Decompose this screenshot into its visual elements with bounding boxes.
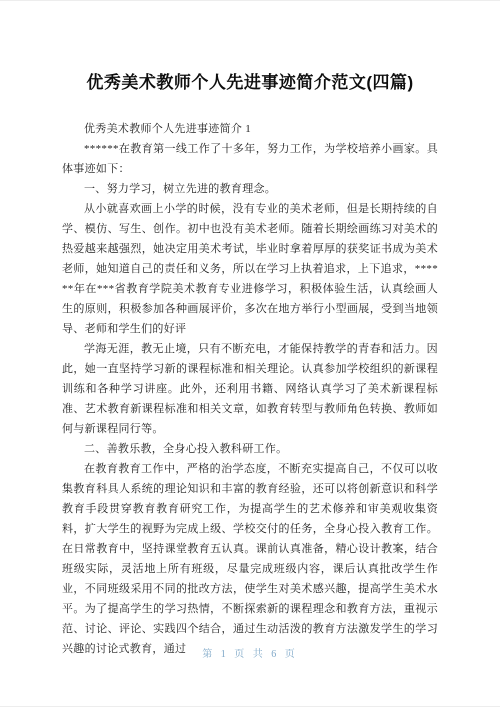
page-title: 优秀美术教师个人先进事迹简介范文(四篇)	[62, 68, 438, 93]
page-indicator: 第 1 页 共 6 页	[202, 649, 298, 660]
paragraph-body-1: 从小就喜欢画上小学的时候，没有专业的美术老师，但是长期持续的自学、模仿、写生、创…	[62, 199, 438, 339]
page-top-edge	[0, 0, 500, 1]
paragraph-body-3: 在教育教育工作中，严格的治学态度，不断充实提高自己，不仅可以收集教育科具人系统的…	[62, 459, 438, 659]
page-footer: 第 1 页 共 6 页	[0, 645, 500, 660]
section-heading-1: 一、努力学习，树立先进的教育理念。	[62, 179, 438, 199]
paragraph-body-2: 学海无涯，教无止境，只有不断充电，才能保持教学的青春和活力。因此，她一直坚持学习…	[62, 339, 438, 439]
document-page: 优秀美术教师个人先进事迹简介范文(四篇) 优秀美术教师个人先进事迹简介 1 **…	[0, 0, 500, 659]
paragraph-intro: ******在教育第一线工作了十多年，努力工作，为学校培养小画家。具体事迹如下：	[62, 139, 438, 179]
section-heading-2: 二、善教乐教，全身心投入教科研工作。	[62, 439, 438, 459]
section-subtitle: 优秀美术教师个人先进事迹简介 1	[62, 119, 438, 139]
